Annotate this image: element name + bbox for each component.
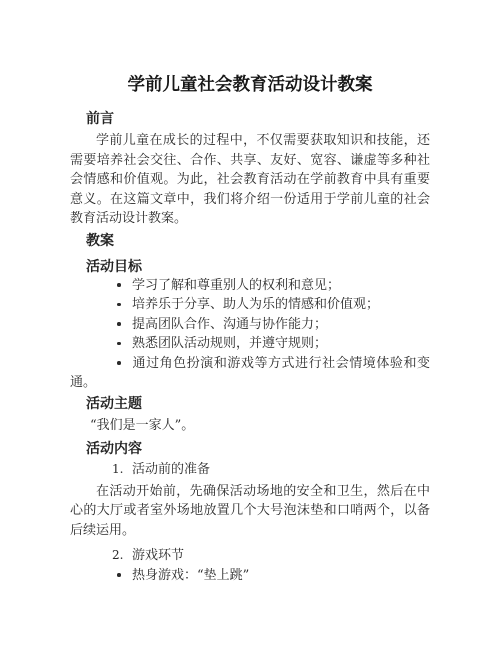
warmup-bullet-text: 热身游戏：“垫上跳”	[132, 568, 249, 583]
step-item: 2.游戏环节	[70, 546, 430, 566]
step-number: 1.	[112, 460, 132, 480]
warmup-bullet: 热身游戏：“垫上跳”	[70, 566, 430, 586]
bullet-dot-icon	[117, 354, 132, 374]
objective-item-text: 熟悉团队活动规则，并遵守规则；	[132, 336, 327, 351]
content-heading: 活动内容	[86, 440, 430, 458]
document-page: 学前儿童社会教育活动设计教案 前言 学前儿童在成长的过程中，不仅需要获取知识和技…	[0, 0, 500, 647]
objective-item: 熟悉团队活动规则，并遵守规则；	[70, 334, 430, 354]
step-label: 活动前的准备	[132, 462, 210, 477]
objective-item-text: 学习了解和尊重别人的权利和意见；	[132, 278, 340, 293]
objective-item-text: 提高团队合作、沟通与协作能力；	[132, 317, 327, 332]
objectives-list: 学习了解和尊重别人的权利和意见； 培养乐于分享、助人为乐的情感和价值观； 提高团…	[70, 276, 430, 393]
objective-item: 提高团队合作、沟通与协作能力；	[70, 315, 430, 335]
bullet-dot-icon	[117, 566, 132, 586]
objective-item: 学习了解和尊重别人的权利和意见；	[70, 276, 430, 296]
bullet-dot-icon	[117, 315, 132, 335]
plan-heading: 教案	[86, 232, 430, 250]
step-number: 2.	[112, 546, 132, 566]
step-item: 1.活动前的准备	[70, 460, 430, 480]
theme-text: “我们是一家人”。	[70, 416, 430, 436]
page-title: 学前儿童社会教育活动设计教案	[70, 72, 430, 98]
objective-item: 通过角色扮演和游戏等方式进行社会情境体验和变通。	[70, 354, 430, 393]
bullet-dot-icon	[117, 295, 132, 315]
objective-item-text: 培养乐于分享、助人为乐的情感和价值观；	[132, 297, 379, 312]
objectives-heading: 活动目标	[86, 258, 430, 276]
objective-item: 培养乐于分享、助人为乐的情感和价值观；	[70, 295, 430, 315]
step-label: 游戏环节	[132, 548, 184, 563]
preface-heading: 前言	[86, 110, 430, 128]
bullet-dot-icon	[117, 276, 132, 296]
bullet-dot-icon	[117, 334, 132, 354]
preface-paragraph: 学前儿童在成长的过程中，不仅需要获取知识和技能，还需要培养社会交往、合作、共享、…	[70, 131, 430, 229]
theme-heading: 活动主题	[86, 395, 430, 413]
step1-paragraph: 在活动开始前，先确保活动场地的安全和卫生，然后在中心的大厅或者室外场地放置几个大…	[70, 482, 430, 541]
